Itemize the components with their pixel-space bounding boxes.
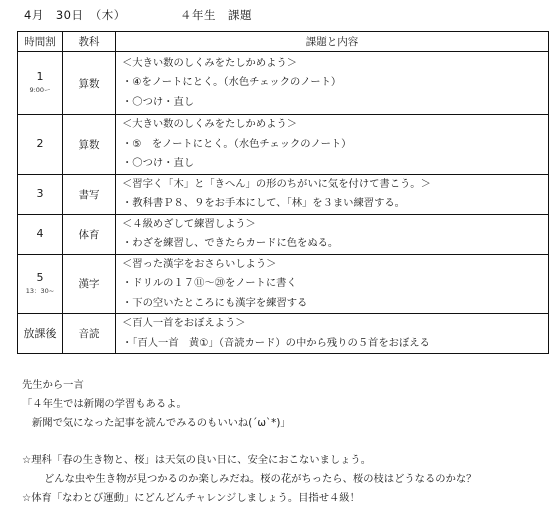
period-number: 2 xyxy=(18,137,62,151)
subject-cell: 体育 xyxy=(63,214,116,254)
table-header-row: 時間割 教科 課題と内容 xyxy=(18,32,549,52)
period-cell: 3 xyxy=(18,174,63,214)
subject-cell: 音読 xyxy=(63,314,116,354)
task-title: ＜４級めざして練習しよう＞ xyxy=(122,215,548,235)
table-row: 4 体育 ＜４級めざして練習しよう＞ ・わざを練習し、できたらカードに色をぬる。 xyxy=(18,214,549,254)
period-number: 放課後 xyxy=(18,327,62,341)
table-row: 放課後 音読 ＜百人一首をおぼえよう＞ ・「百人一首 黄①」（音読カード）の中か… xyxy=(18,314,549,354)
task-line: ・教科書Ｐ８、９をお手本にして、「林」を３まい練習する。 xyxy=(122,194,548,214)
teacher-note: 先生から一言 「４年生では新聞の学習もあるよ。 新聞で気になった記事を読んでみる… xyxy=(22,376,291,433)
table-row: 1 9:00ー 算数 ＜大きい数のしくみをたしかめよう＞ ・④をノートにとく。（… xyxy=(18,52,549,115)
column-header-period: 時間割 xyxy=(18,32,63,52)
content-cell: ＜大きい数のしくみをたしかめよう＞ ・⑤ をノートにとく。（水色チェックのノート… xyxy=(116,115,549,175)
content-cell: ＜習った漢字をおさらいしよう＞ ・ドリルの１７⑪～⑳をノートに書く ・下の空いた… xyxy=(116,254,549,314)
period-time: 9:00ー xyxy=(18,84,62,96)
task-line: ・「百人一首 黄①」（音読カード）の中から残りの５首をおぼえる xyxy=(122,334,548,354)
period-number: 1 xyxy=(18,70,62,84)
task-title: ＜習字く「木」と「きへん」の形のちがいに気を付けて書こう。＞ xyxy=(122,175,548,195)
task-line: ・ドリルの１７⑪～⑳をノートに書く xyxy=(122,274,548,294)
teacher-note-line: 「４年生では新聞の学習もあるよ。 xyxy=(22,395,291,414)
table-row: 2 算数 ＜大きい数のしくみをたしかめよう＞ ・⑤ をノートにとく。（水色チェッ… xyxy=(18,115,549,175)
period-time: 13：30~ xyxy=(18,285,62,297)
subject-cell: 漢字 xyxy=(63,254,116,314)
period-cell: 1 9:00ー xyxy=(18,52,63,115)
extra-notes: ☆理科「春の生き物と、桜」は天気の良い日に、安全におこないましょう。 どんな虫や… xyxy=(22,451,476,508)
science-note-detail: どんな虫や生き物が見つかるのか楽しみだね。桜の花がちったら、桜の枝はどうなるのか… xyxy=(22,470,476,489)
task-title: ＜大きい数のしくみをたしかめよう＞ xyxy=(122,54,548,74)
period-cell: 2 xyxy=(18,115,63,175)
subject-cell: 書写 xyxy=(63,174,116,214)
task-line: ・〇つけ・直し xyxy=(122,93,548,113)
content-cell: ＜４級めざして練習しよう＞ ・わざを練習し、できたらカードに色をぬる。 xyxy=(116,214,549,254)
period-number: 4 xyxy=(18,227,62,241)
period-number: 3 xyxy=(18,187,62,201)
task-line: ・わざを練習し、できたらカードに色をぬる。 xyxy=(122,234,548,254)
period-number: 5 xyxy=(18,271,62,285)
task-title: ＜百人一首をおぼえよう＞ xyxy=(122,314,548,334)
period-cell: 放課後 xyxy=(18,314,63,354)
pe-note: ☆体育「なわとび運動」にどんどんチャレンジしましょう。目指せ４級！ xyxy=(22,489,476,508)
table-row: 3 書写 ＜習字く「木」と「きへん」の形のちがいに気を付けて書こう。＞ ・教科書… xyxy=(18,174,549,214)
content-cell: ＜習字く「木」と「きへん」の形のちがいに気を付けて書こう。＞ ・教科書Ｐ８、９を… xyxy=(116,174,549,214)
column-header-subject: 教科 xyxy=(63,32,116,52)
schedule-table: 時間割 教科 課題と内容 1 9:00ー 算数 ＜大きい数のしくみをたしかめよう… xyxy=(17,31,549,354)
subject-cell: 算数 xyxy=(63,115,116,175)
task-line: ・下の空いたところにも漢字を練習する xyxy=(122,294,548,314)
task-line: ・④をノートにとく。（水色チェックのノート） xyxy=(122,73,548,93)
teacher-note-heading: 先生から一言 xyxy=(22,376,291,395)
science-note: ☆理科「春の生き物と、桜」は天気の良い日に、安全におこないましょう。 xyxy=(22,451,476,470)
table-row: 5 13：30~ 漢字 ＜習った漢字をおさらいしよう＞ ・ドリルの１７⑪～⑳をノ… xyxy=(18,254,549,314)
period-cell: 5 13：30~ xyxy=(18,254,63,314)
task-line: ・⑤ をノートにとく。（水色チェックのノート） xyxy=(122,135,548,155)
column-header-content: 課題と内容 xyxy=(116,32,549,52)
task-title: ＜習った漢字をおさらいしよう＞ xyxy=(122,255,548,275)
task-title: ＜大きい数のしくみをたしかめよう＞ xyxy=(122,115,548,135)
page-title: 4月 30日 （木） ４年生 課題 xyxy=(24,7,252,23)
content-cell: ＜大きい数のしくみをたしかめよう＞ ・④をノートにとく。（水色チェックのノート）… xyxy=(116,52,549,115)
subject-cell: 算数 xyxy=(63,52,116,115)
teacher-note-line: 新聞で気になった記事を読んでみるのもいいね(´ω`*)」 xyxy=(22,414,291,433)
content-cell: ＜百人一首をおぼえよう＞ ・「百人一首 黄①」（音読カード）の中から残りの５首を… xyxy=(116,314,549,354)
period-cell: 4 xyxy=(18,214,63,254)
task-line: ・〇つけ・直し xyxy=(122,154,548,174)
